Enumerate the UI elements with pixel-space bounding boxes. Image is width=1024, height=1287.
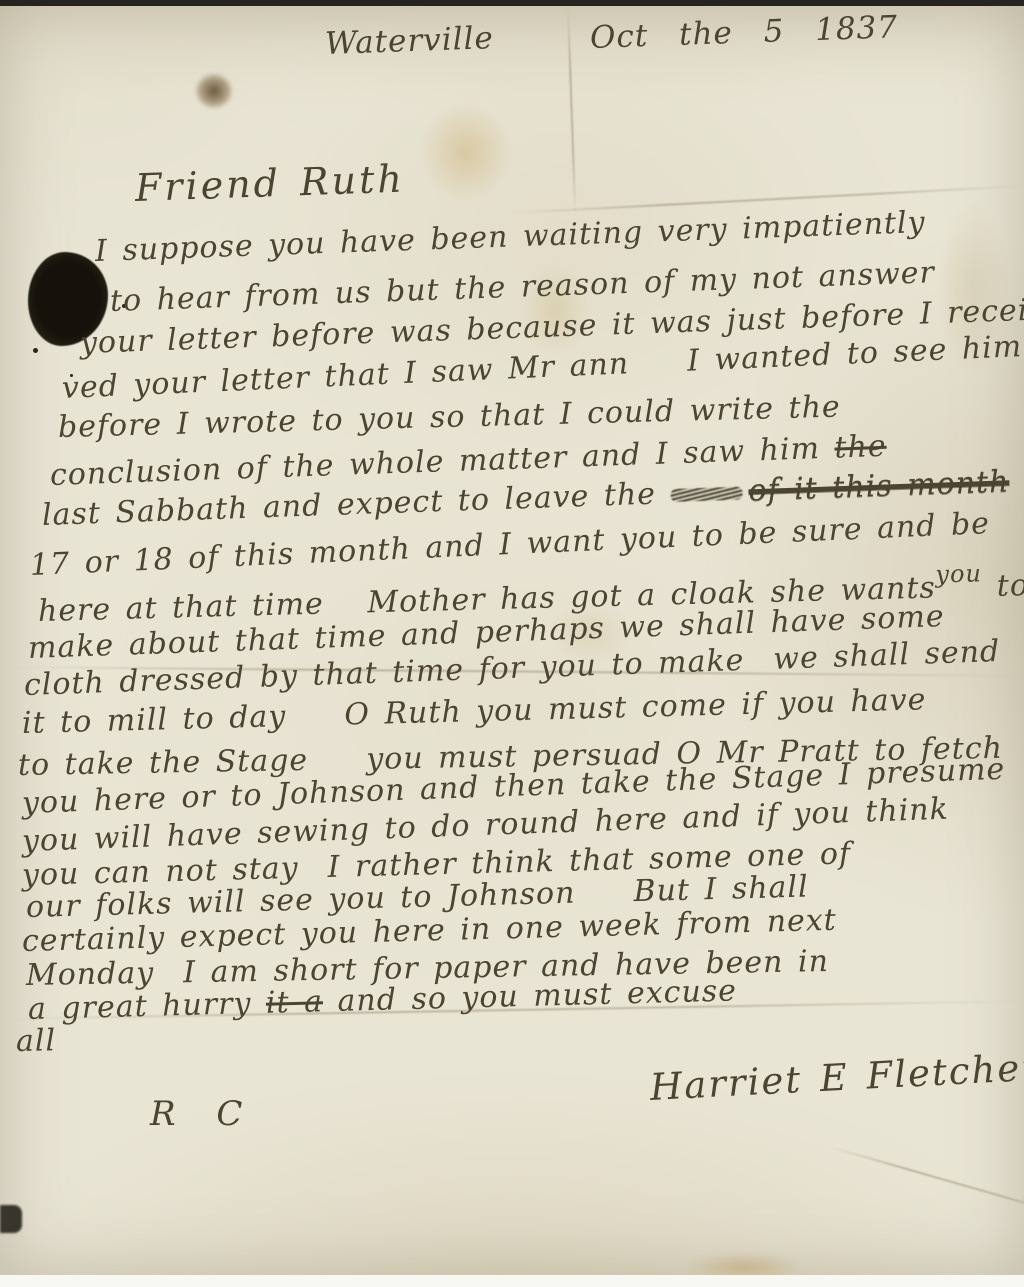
scanned-letter: Waterville Oct the 5 1837 Friend Ruth I … [0,0,1024,1287]
ink-speck [33,348,38,353]
struck-text: it a [265,984,323,1020]
inserted-word: you [935,559,982,588]
fold-crease [567,7,576,217]
struck-text: of it this month [748,464,1010,508]
paper-stain [420,102,512,202]
signature: Harriet E Fletcher [649,1046,1024,1109]
fold-crease [830,1146,1024,1220]
salutation: Friend Ruth [134,157,405,210]
line-text: to [982,568,1024,605]
dateline-date: Oct the 5 1837 [589,9,898,56]
recipient-initials: R C [150,1094,243,1134]
line-text: all [16,1023,57,1059]
struck-text: the [834,429,887,466]
body-line: all [16,1023,57,1059]
scribbled-out-word [670,486,742,502]
dateline-place: Waterville [324,20,494,62]
scan-corner-mark [0,1205,22,1233]
letter-paper: Waterville Oct the 5 1837 Friend Ruth I … [0,6,1024,1275]
scan-edge-bottom [0,1275,1024,1287]
ink-stain [196,74,232,108]
line-text: a great hurry [28,986,267,1027]
scan-edge-top [0,0,1024,6]
